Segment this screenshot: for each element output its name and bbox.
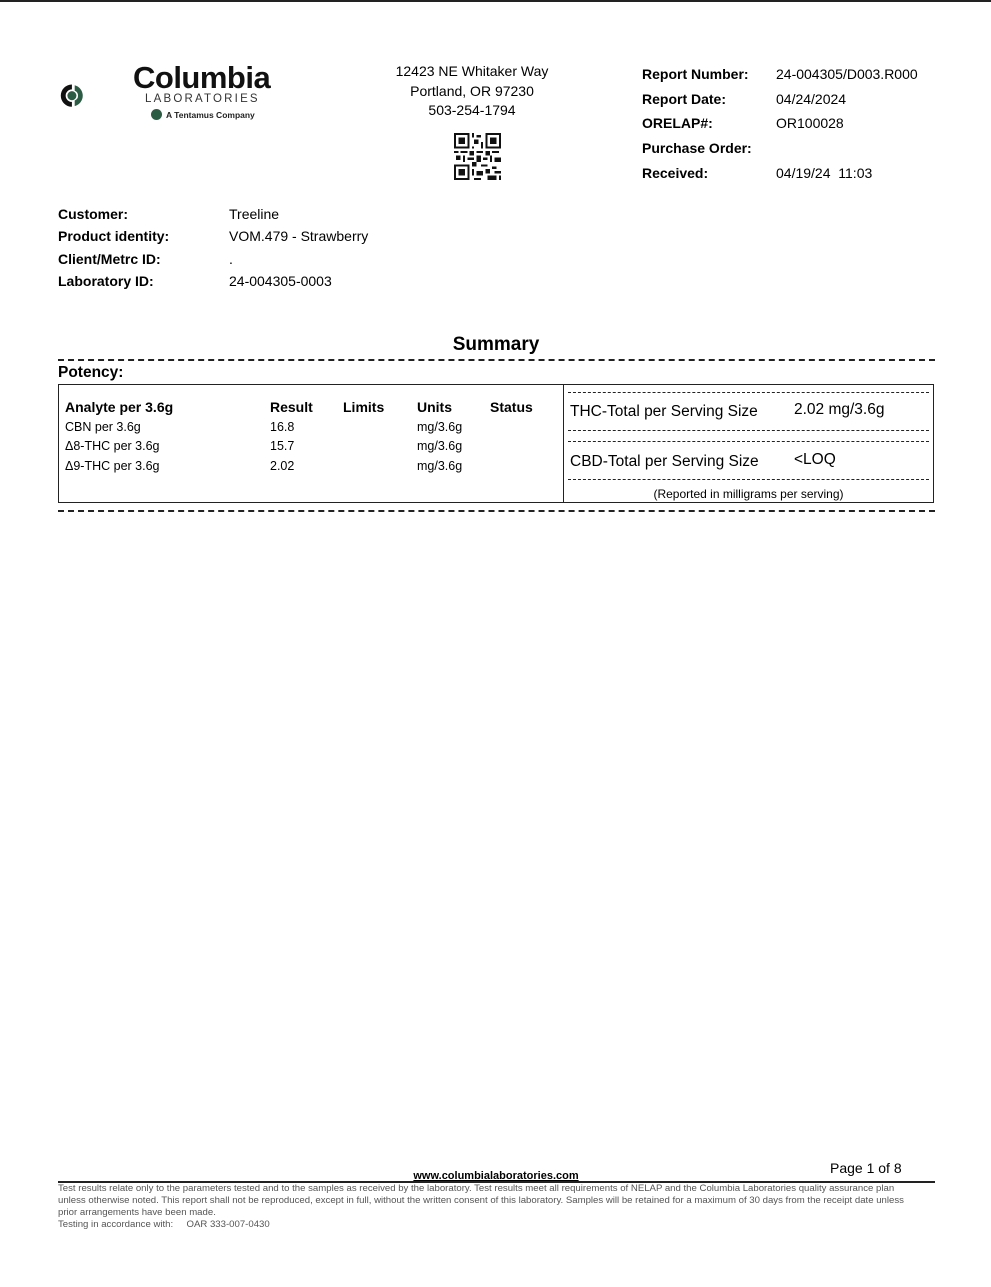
product-identity: VOM.479 - Strawberry [229,228,368,244]
product-identity-row: Product identity:VOM.479 - Strawberry [58,225,368,247]
analyte-name: Δ9-THC per 3.6g [65,459,270,473]
metrc-id: . [229,251,233,267]
cbd-total-value: <LOQ [794,451,836,469]
report-number-row: Report Number:24-004305/D003.R000 [642,62,918,87]
purchase-order-row: Purchase Order: [642,136,918,161]
logo-tagline-text: A Tentamus Company [166,110,255,120]
divider [58,510,935,512]
page-number: Page 1 of 8 [830,1160,902,1176]
divider [568,392,929,393]
field-label: ORELAP#: [642,115,776,131]
field-label: Laboratory ID: [58,273,229,289]
divider [568,441,929,442]
divider [568,430,929,431]
cbd-total-label: CBD-Total per Serving Size [570,453,759,471]
metrc-id-row: Client/Metrc ID:. [58,248,368,270]
analyte-result: 2.02 [270,459,343,473]
summary-title: Summary [380,334,612,356]
logo-wordmark: Columbia [133,60,270,96]
column-header: Units [417,399,490,415]
disclaimer-line: unless otherwise noted. This report shal… [58,1195,935,1207]
report-date: 04/24/2024 [776,91,846,107]
lab-address: 12423 NE Whitaker Way Portland, OR 97230… [380,62,564,121]
field-label: Received: [642,165,776,181]
thc-total-value: 2.02 mg/3.6g [794,401,884,419]
customer-info: Customer:Treeline Product identity:VOM.4… [58,203,368,292]
orelap-row: ORELAP#:OR100028 [642,111,918,136]
field-label: Client/Metrc ID: [58,251,229,267]
field-label: Product identity: [58,228,229,244]
address-city: Portland, OR 97230 [380,82,564,102]
customer-name: Treeline [229,206,279,222]
orelap-number: OR100028 [776,115,844,131]
disclaimer-line: Test results relate only to the paramete… [58,1183,935,1195]
column-header: Status [490,399,550,415]
table-row: Δ9-THC per 3.6g 2.02 mg/3.6g [65,456,550,476]
analyte-units: mg/3.6g [417,420,490,434]
field-label: Report Date: [642,91,776,107]
field-label: Purchase Order: [642,140,776,156]
field-label: Report Number: [642,66,776,82]
logo-tagline: A Tentamus Company [151,109,255,120]
address-phone: 503-254-1794 [380,101,564,121]
address-street: 12423 NE Whitaker Way [380,62,564,82]
laboratory-id: 24-004305-0003 [229,273,332,289]
columbia-logo-icon [58,58,138,133]
potency-box: Analyte per 3.6g Result Limits Units Sta… [58,384,934,503]
testing-standard: Testing in accordance with: OAR 333-007-… [58,1219,935,1231]
serving-note: (Reported in milligrams per serving) [564,487,933,501]
divider [568,479,929,480]
analyte-result: 16.8 [270,420,343,434]
analyte-units: mg/3.6g [417,459,490,473]
analyte-units: mg/3.6g [417,439,490,453]
customer-row: Customer:Treeline [58,203,368,225]
tentamus-icon [151,109,162,120]
disclaimer: Test results relate only to the paramete… [58,1183,935,1231]
column-header: Result [270,399,343,415]
analyte-result: 15.7 [270,439,343,453]
divider [58,359,935,361]
thc-total-label: THC-Total per Serving Size [570,403,758,421]
page-top-border [0,0,991,2]
received-datetime: 04/19/24 11:03 [776,165,872,181]
logo-subtitle: LABORATORIES [145,93,260,105]
analyte-name: CBN per 3.6g [65,420,270,434]
analyte-name: Δ8-THC per 3.6g [65,439,270,453]
report-meta: Report Number:24-004305/D003.R000 Report… [642,62,918,185]
disclaimer-line: prior arrangements have been made. [58,1207,935,1219]
potency-label: Potency: [58,364,123,382]
received-row: Received:04/19/24 11:03 [642,160,918,185]
column-header: Limits [343,399,417,415]
report-number: 24-004305/D003.R000 [776,66,918,82]
table-header: Analyte per 3.6g Result Limits Units Sta… [65,397,550,417]
field-label: Customer: [58,206,229,222]
table-row: CBN per 3.6g 16.8 mg/3.6g [65,417,550,437]
serving-size-panel: THC-Total per Serving Size 2.02 mg/3.6g … [564,385,933,502]
column-header: Analyte per 3.6g [65,399,270,415]
report-date-row: Report Date:04/24/2024 [642,87,918,112]
potency-table: Analyte per 3.6g Result Limits Units Sta… [65,397,550,476]
table-row: Δ8-THC per 3.6g 15.7 mg/3.6g [65,437,550,457]
laboratory-id-row: Laboratory ID:24-004305-0003 [58,270,368,292]
qr-code-icon [454,133,501,180]
